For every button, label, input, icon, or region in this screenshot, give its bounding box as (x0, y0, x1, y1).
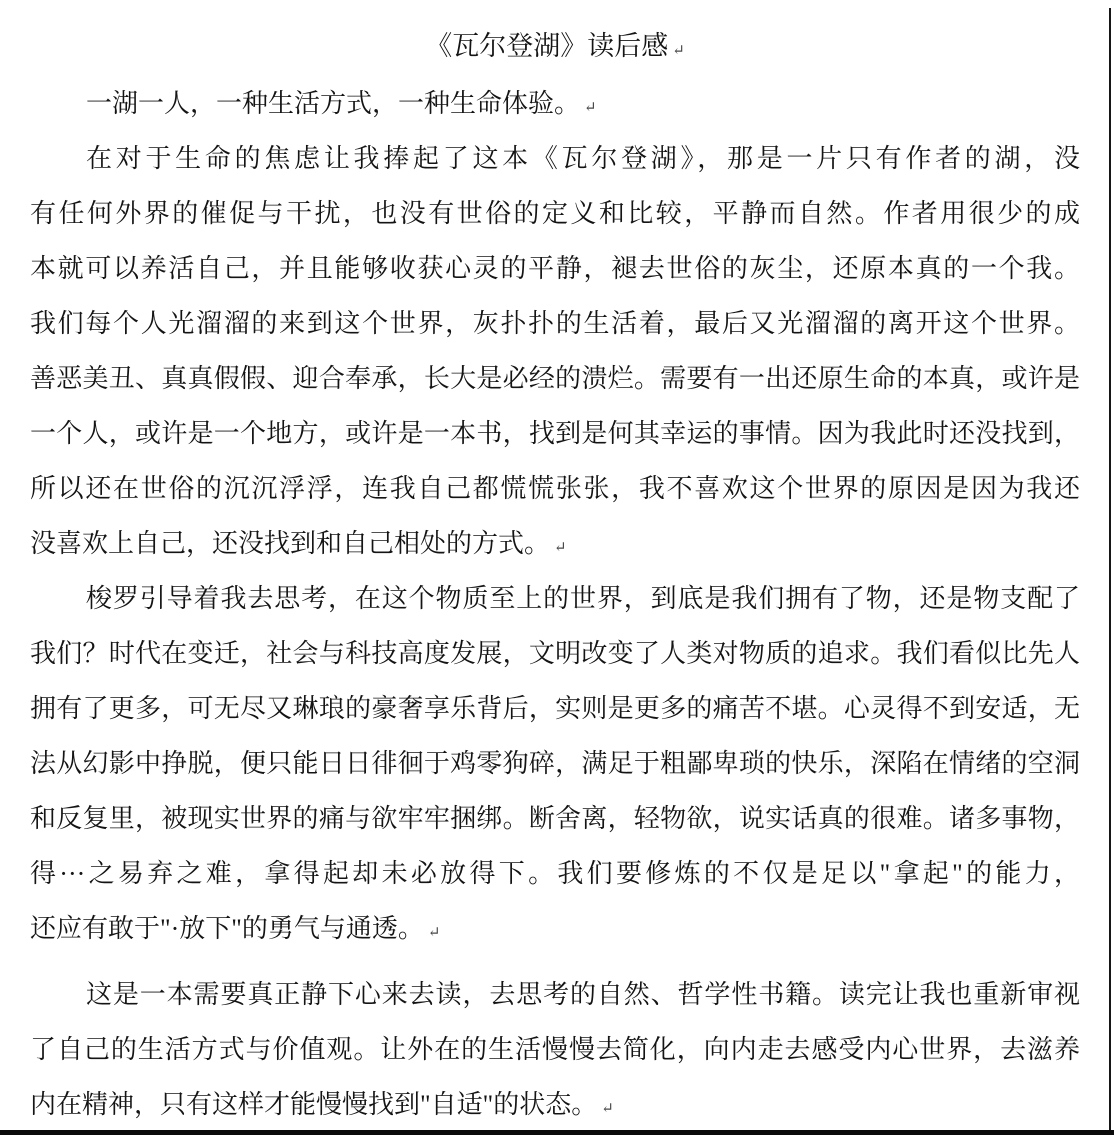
essay-line-text: 我们？时代在变迁，社会与科技高度发展，文明改变了人类对物质的追求。我们看似比先人 (30, 639, 1080, 668)
essay-line: 我们？时代在变迁，社会与科技高度发展，文明改变了人类对物质的追求。我们看似比先人 (30, 626, 1080, 681)
essay-line: 善恶美丑、真真假假、迎合奉承，长大是必经的溃烂。需要有一出还原生命的本真，或许是 (30, 351, 1080, 406)
essay-line: 所以还在世俗的沉沉浮浮，连我自己都慌慌张张，我不喜欢这个世界的原因是因为我还 (30, 461, 1080, 516)
essay-line-text: 法从幻影中挣脱，便只能日日徘徊于鸡零狗碎，满足于粗鄙卑琐的快乐，深陷在情绪的空洞 (30, 749, 1080, 778)
essay-line-text: 内在精神，只有这样才能慢慢找到"自适"的状态。 (30, 1090, 597, 1119)
document-page: 《瓦尔登湖》读后感↵ 一湖一人，一种生活方式，一种生命体验。↵ 在对于生命的焦虑… (0, 0, 1114, 1139)
essay-line-text: 还应有敢于"·放下"的勇气与通透。 (30, 914, 424, 943)
essay-line: 内在精神，只有这样才能慢慢找到"自适"的状态。↵ (30, 1077, 1080, 1132)
essay-line: 我们每个人光溜溜的来到这个世界，灰扑扑的生活着，最后又光溜溜的离开这个世界。 (30, 296, 1080, 351)
paragraph-mark-icon: ↵ (428, 906, 441, 961)
essay-line-text: 梭罗引导着我去思考，在这个物质至上的世界，到底是我们拥有了物，还是物支配了 (86, 584, 1080, 613)
essay-line: 在对于生命的焦虑让我捧起了这本《瓦尔登湖》，那是一片只有作者的湖，没 (30, 131, 1080, 186)
essay-line: 有任何外界的催促与干扰，也没有世俗的定义和比较，平静而自然。作者用很少的成 (30, 186, 1080, 241)
essay-line: 了自己的生活方式与价值观。让外在的生活慢慢去简化，向内走去感受内心世界，去滋养 (30, 1022, 1080, 1077)
essay-line: 拥有了更多，可无尽又琳琅的豪奢享乐背后，实则是更多的痛苦不堪。心灵得不到安适，无 (30, 681, 1080, 736)
essay-line: 没喜欢上自己，还没找到和自己相处的方式。↵ (30, 516, 1080, 571)
essay-line: 法从幻影中挣脱，便只能日日徘徊于鸡零狗碎，满足于粗鄙卑琐的快乐，深陷在情绪的空洞 (30, 736, 1080, 791)
page-bottom-border (0, 1130, 1114, 1135)
essay-line: 得···之易弃之难，拿得起却未必放得下。我们要修炼的不仅是足以"拿起"的能力， (30, 846, 1080, 901)
essay-line: 本就可以养活自己，并且能够收获心灵的平静，褪去世俗的灰尘，还原本真的一个我。 (30, 241, 1080, 296)
page-right-border (1109, 8, 1111, 1130)
essay-line-text: 在对于生命的焦虑让我捧起了这本《瓦尔登湖》，那是一片只有作者的湖，没 (86, 144, 1080, 173)
essay-line-text: 有任何外界的催促与干扰，也没有世俗的定义和比较，平静而自然。作者用很少的成 (30, 199, 1080, 228)
essay-line-text: 拥有了更多，可无尽又琳琅的豪奢享乐背后，实则是更多的痛苦不堪。心灵得不到安适，无 (30, 694, 1080, 723)
essay-line-text: 得···之易弃之难，拿得起却未必放得下。我们要修炼的不仅是足以"拿起"的能力， (30, 859, 1080, 888)
essay-line: 这是一本需要真正静下心来去读，去思考的自然、哲学性书籍。读完让我也重新审视 (30, 967, 1080, 1022)
essay-line: 一湖一人，一种生活方式，一种生命体验。↵ (30, 76, 1080, 131)
paragraph-mark-icon: ↵ (584, 81, 597, 136)
page-title: 《瓦尔登湖》读后感↵ (30, 16, 1080, 76)
paragraph-mark-icon: ↵ (554, 521, 567, 576)
essay-line: 一个人，或许是一个地方，或许是一本书，找到是何其幸运的事情。因为我此时还没找到， (30, 406, 1080, 461)
essay-line-text: 本就可以养活自己，并且能够收获心灵的平静，褪去世俗的灰尘，还原本真的一个我。 (30, 254, 1080, 283)
essay-line-text: 善恶美丑、真真假假、迎合奉承，长大是必经的溃烂。需要有一出还原生命的本真，或许是 (30, 364, 1080, 393)
essay-line-text: 了自己的生活方式与价值观。让外在的生活慢慢去简化，向内走去感受内心世界，去滋养 (30, 1035, 1080, 1064)
paragraph-mark-icon: ↵ (672, 21, 685, 81)
page-title-text: 《瓦尔登湖》读后感 (425, 31, 668, 61)
essay-line-text: 一湖一人，一种生活方式，一种生命体验。 (86, 89, 580, 118)
essay-body: 《瓦尔登湖》读后感↵ 一湖一人，一种生活方式，一种生命体验。↵ 在对于生命的焦虑… (30, 0, 1080, 1132)
essay-line-text: 这是一本需要真正静下心来去读，去思考的自然、哲学性书籍。读完让我也重新审视 (86, 980, 1080, 1009)
essay-line-text: 和反复里，被现实世界的痛与欲牢牢捆绑。断舍离，轻物欲，说实话真的很难。诸多事物， (30, 804, 1080, 833)
essay-line: 还应有敢于"·放下"的勇气与通透。↵ (30, 901, 1080, 956)
essay-line-text: 我们每个人光溜溜的来到这个世界，灰扑扑的生活着，最后又光溜溜的离开这个世界。 (30, 309, 1080, 338)
essay-line: 梭罗引导着我去思考，在这个物质至上的世界，到底是我们拥有了物，还是物支配了 (30, 571, 1080, 626)
essay-line-text: 一个人，或许是一个地方，或许是一本书，找到是何其幸运的事情。因为我此时还没找到， (30, 419, 1080, 448)
essay-line-text: 没喜欢上自己，还没找到和自己相处的方式。 (30, 529, 550, 558)
paragraph-mark-icon: ↵ (601, 1082, 614, 1137)
essay-line-text: 所以还在世俗的沉沉浮浮，连我自己都慌慌张张，我不喜欢这个世界的原因是因为我还 (30, 474, 1080, 503)
essay-line: 和反复里，被现实世界的痛与欲牢牢捆绑。断舍离，轻物欲，说实话真的很难。诸多事物， (30, 791, 1080, 846)
